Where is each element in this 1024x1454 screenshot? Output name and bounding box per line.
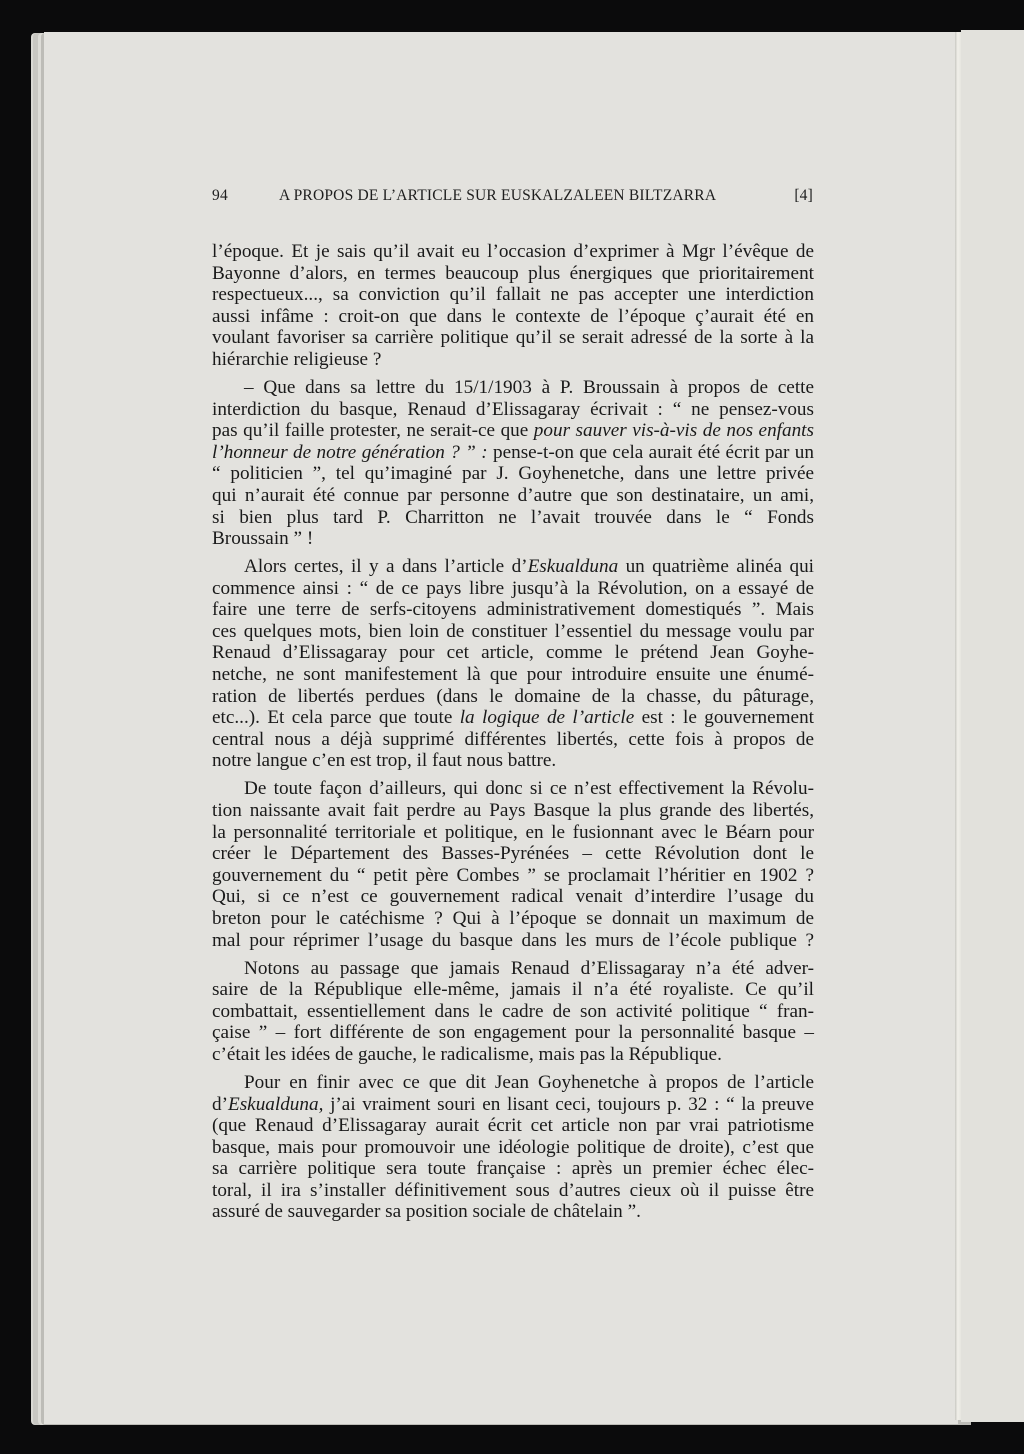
italic-quote: l’honneur de notre génération ? ” : bbox=[212, 442, 488, 463]
paragraph: l’époque. Et je sais qu’il avait eu l’oc… bbox=[212, 241, 814, 371]
text-line: çaise ” – fort différente de son engagem… bbox=[212, 1022, 814, 1044]
text-line: la personnalité territoriale et politiqu… bbox=[212, 822, 814, 844]
text-line: combattait, essentiellement dans le cadr… bbox=[212, 1001, 814, 1023]
text-line: “ politicien ”, tel qu’imaginé par J. Go… bbox=[212, 463, 814, 485]
text-line: saire de la République elle-même, jamais… bbox=[212, 979, 814, 1001]
text-line: Pour en finir avec ce que dit Jean Goyhe… bbox=[212, 1072, 814, 1094]
paragraph: – Que dans sa lettre du 15/1/1903 à P. B… bbox=[212, 377, 814, 550]
text-line: notre langue c’en est trop, il faut nous… bbox=[212, 750, 814, 772]
text-line: etc...). Et cela parce que toute la logi… bbox=[212, 707, 814, 729]
text-line: ces quelques mots, bien loin de constitu… bbox=[212, 621, 814, 643]
text-line: Notons au passage que jamais Renaud d’El… bbox=[212, 958, 814, 980]
running-header: 94 A PROPOS DE L’ARTICLE SUR EUSKALZALEE… bbox=[212, 187, 813, 207]
text-run: pense-t-on que cela aurait été écrit par… bbox=[488, 442, 814, 463]
text-run: est : le gouvernement bbox=[634, 707, 814, 728]
text-line: Renaud d’Elissagaray pour cet article, c… bbox=[212, 642, 814, 664]
text-line: faire une terre de serfs-citoyens admini… bbox=[212, 599, 814, 621]
text-line: d’Eskualduna, j’ai vraiment souri en lis… bbox=[212, 1094, 814, 1116]
text-line: mal pour réprimer l’usage du basque dans… bbox=[212, 930, 814, 952]
text-run: un quatrième alinéa qui bbox=[618, 556, 814, 577]
text-line: ration de libertés perdues (dans le doma… bbox=[212, 686, 814, 708]
text-run: Alors certes, il y a dans l’article d’ bbox=[244, 556, 528, 577]
text-line: – Que dans sa lettre du 15/1/1903 à P. B… bbox=[212, 377, 814, 399]
section-marker: [4] bbox=[794, 187, 813, 205]
text-line: (que Renaud d’Elissagaray aurait écrit c… bbox=[212, 1115, 814, 1137]
paragraph: Alors certes, il y a dans l’article d’Es… bbox=[212, 556, 814, 772]
text-run: pas qu’il faille protester, ne serait-ce… bbox=[212, 420, 534, 441]
text-line: sa carrière politique sera toute françai… bbox=[212, 1158, 814, 1180]
italic-title: Eskualduna, bbox=[228, 1094, 323, 1115]
text-line: hiérarchie religieuse ? bbox=[212, 349, 814, 371]
text-run: – Que dans sa lettre du 15/1/1903 à P. B… bbox=[244, 377, 814, 398]
text-line: assuré de sauvegarder sa position social… bbox=[212, 1201, 814, 1223]
text-line: Alors certes, il y a dans l’article d’Es… bbox=[212, 556, 814, 578]
text-line: breton pour le catéchisme ? Qui à l’époq… bbox=[212, 908, 814, 930]
page-number: 94 bbox=[212, 187, 228, 205]
text-line: central nous a déjà supprimé différentes… bbox=[212, 729, 814, 751]
text-line: l’époque. Et je sais qu’il avait eu l’oc… bbox=[212, 241, 814, 263]
paragraph: Notons au passage que jamais Renaud d’El… bbox=[212, 958, 814, 1066]
text-line: toral, il ira s’installer définitivement… bbox=[212, 1180, 814, 1202]
text-line: qui n’aurait été connue par personne d’a… bbox=[212, 485, 814, 507]
text-line: c’était les idées de gauche, le radicali… bbox=[212, 1044, 814, 1066]
body-text: l’époque. Et je sais qu’il avait eu l’oc… bbox=[212, 241, 814, 1229]
text-line: Bayonne d’alors, en termes beaucoup plus… bbox=[212, 263, 814, 285]
text-line: netche, ne sont manifestement là que pou… bbox=[212, 664, 814, 686]
text-line: gouvernement du “ petit père Combes ” se… bbox=[212, 865, 814, 887]
text-run: etc...). Et cela parce que toute bbox=[212, 707, 460, 728]
paragraph: Pour en finir avec ce que dit Jean Goyhe… bbox=[212, 1072, 814, 1223]
paragraph: De toute façon d’ailleurs, qui donc si c… bbox=[212, 778, 814, 951]
text-run: j’ai vraiment souri en lisant ceci, touj… bbox=[323, 1094, 814, 1115]
text-line: l’honneur de notre génération ? ” : pens… bbox=[212, 442, 814, 464]
text-line: voulant favoriser sa carrière politique … bbox=[212, 327, 814, 349]
italic-title: Eskualduna bbox=[528, 556, 619, 577]
text-line: créer le Département des Basses-Pyrénées… bbox=[212, 843, 814, 865]
text-line: commence ainsi : “ de ce pays libre jusq… bbox=[212, 578, 814, 600]
text-run: d’ bbox=[212, 1094, 228, 1115]
italic-phrase: la logique de l’article bbox=[460, 707, 635, 728]
text-line: Broussain ” ! bbox=[212, 528, 814, 550]
text-line: basque, mais pour promouvoir une idéolog… bbox=[212, 1137, 814, 1159]
text-line: respectueux..., sa conviction qu’il fall… bbox=[212, 284, 814, 306]
text-line: Qui, si ce n’est ce gouvernement radical… bbox=[212, 886, 814, 908]
text-line: aussi infâme : croit-on que dans le cont… bbox=[212, 306, 814, 328]
facing-page-edge bbox=[961, 30, 1024, 1422]
text-line: pas qu’il faille protester, ne serait-ce… bbox=[212, 420, 814, 442]
text-line: si bien plus tard P. Charritton ne l’ava… bbox=[212, 507, 814, 529]
text-line: De toute façon d’ailleurs, qui donc si c… bbox=[212, 778, 814, 800]
running-title: A PROPOS DE L’ARTICLE SUR EUSKALZALEEN B… bbox=[279, 187, 716, 205]
italic-quote: pour sauver vis-à-vis de nos enfants bbox=[534, 420, 814, 441]
text-line: tion naissante avait fait perdre au Pays… bbox=[212, 800, 814, 822]
text-line: interdiction du basque, Renaud d’Elissag… bbox=[212, 399, 814, 421]
